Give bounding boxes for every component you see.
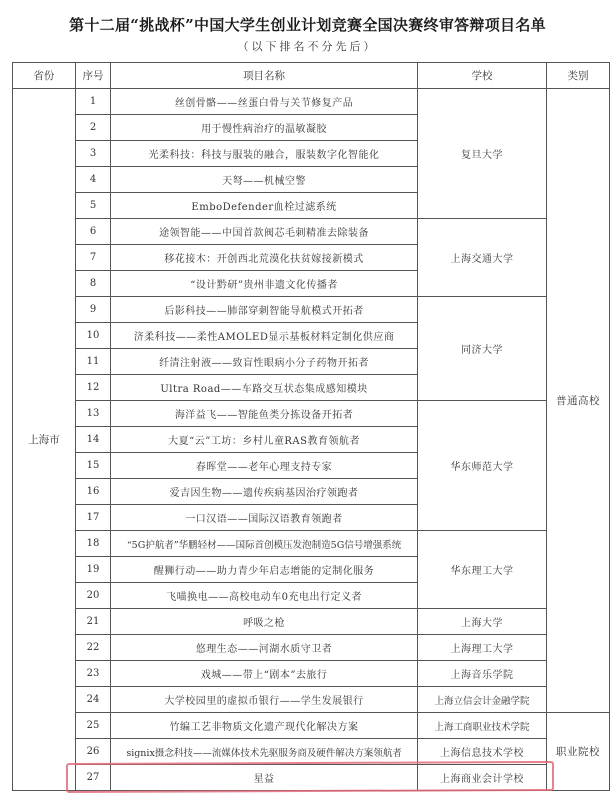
table-row: 6 途领智能——中国首款阀芯毛刺精准去除装备 上海交通大学 [13,219,610,245]
header-category: 类别 [547,63,610,89]
project-cell: 光柔科技：科技与服装的融合，服装数字化智能化 [111,141,418,167]
seq-cell: 4 [75,167,110,193]
seq-cell: 2 [75,115,110,141]
seq-cell: 6 [75,219,110,245]
seq-cell: 18 [75,531,110,557]
project-cell: 大学校园里的虚拟币银行——学生发展银行 [111,687,418,713]
seq-cell: 9 [75,297,110,323]
school-cell: 华东师范大学 [417,401,546,531]
project-cell: 戏城——带上“剧本”去旅行 [111,661,418,687]
seq-cell: 23 [75,661,110,687]
project-cell: 呼吸之枪 [111,609,418,635]
document-title: 第十二届“挑战杯”中国大学生创业计划竞赛全国决赛终审答辩项目名单 [0,14,615,35]
category-cell: 职业院校 [547,713,610,791]
seq-cell: 10 [75,323,110,349]
school-cell: 上海商业会计学校 [417,765,546,791]
table-row: 13 海洋益飞——智能鱼类分拣设备开拓者 华东师范大学 [13,401,610,427]
table-row: 上海市 1 丝创骨骼——丝蛋白骨与关节修复产品 复旦大学 普通高校 [13,89,610,115]
seq-cell: 15 [75,453,110,479]
project-cell: signix摄念科技——流媒体技术先驱服务商及硬件解决方案领航者 [111,739,418,765]
table-row: 9 后影科技——肺部穿刺智能导航模式开拓者 同济大学 [13,297,610,323]
seq-cell: 22 [75,635,110,661]
seq-cell: 19 [75,557,110,583]
table-row: 23 戏城——带上“剧本”去旅行 上海音乐学院 [13,661,610,687]
project-cell: 天弩——机械空警 [111,167,418,193]
school-cell: 上海大学 [417,609,546,635]
seq-cell: 27 [75,765,110,791]
table-row: 21 呼吸之枪 上海大学 [13,609,610,635]
seq-cell: 24 [75,687,110,713]
school-cell: 华东理工大学 [417,531,546,609]
seq-cell: 21 [75,609,110,635]
document-subtitle: （以下排名不分先后） [0,38,615,54]
project-cell: 悠理生态——河湖水质守卫者 [111,635,418,661]
table-row: 22 悠理生态——河湖水质守卫者 上海理工大学 [13,635,610,661]
seq-cell: 20 [75,583,110,609]
project-cell: 纤清注射液——致盲性眼病小分子药物开拓者 [111,349,418,375]
school-cell: 上海立信会计金融学院 [417,687,546,713]
seq-cell: 5 [75,193,110,219]
project-list-table: 省份 序号 项目名称 学校 类别 上海市 1 丝创骨骼——丝蛋白骨与关节修复产品… [12,62,610,791]
project-cell: “5G护航者”华鹏轻材——国际首创模压发泡制造5G信号增强系统 [111,531,418,557]
project-cell: 用于慢性病治疗的温敏凝胶 [111,115,418,141]
seq-cell: 7 [75,245,110,271]
seq-cell: 8 [75,271,110,297]
header-province: 省份 [13,63,76,89]
table-header-row: 省份 序号 项目名称 学校 类别 [13,63,610,89]
project-cell: 丝创骨骼——丝蛋白骨与关节修复产品 [111,89,418,115]
school-cell: 上海交通大学 [417,219,546,297]
project-cell: 济柔科技——柔性AMOLED显示基板材料定制化供应商 [111,323,418,349]
school-cell: 复旦大学 [417,89,546,219]
project-cell: 途领智能——中国首款阀芯毛刺精准去除装备 [111,219,418,245]
seq-cell: 16 [75,479,110,505]
seq-cell: 3 [75,141,110,167]
project-cell: Ultra Road——车路交互状态集成感知模块 [111,375,418,401]
project-cell: 一口汉语——国际汉语教育领跑者 [111,505,418,531]
header-project: 项目名称 [111,63,418,89]
table-row-highlighted: 27 星益 上海商业会计学校 [13,765,610,791]
category-cell: 普通高校 [547,89,610,713]
project-cell: 星益 [111,765,418,791]
school-cell: 上海音乐学院 [417,661,546,687]
project-cell: 大夏“云”工坊：乡村儿童RAS教育领航者 [111,427,418,453]
school-cell: 同济大学 [417,297,546,401]
seq-cell: 12 [75,375,110,401]
seq-cell: 11 [75,349,110,375]
seq-cell: 25 [75,713,110,739]
project-cell: “设计黔研”贵州非遗文化传播者 [111,271,418,297]
seq-cell: 13 [75,401,110,427]
project-cell: 飞喵换电——高校电动车0充电出行定义者 [111,583,418,609]
table-row: 25 竹编工艺非物质文化遗产现代化解决方案 上海工商职业技术学院 职业院校 [13,713,610,739]
project-cell: 竹编工艺非物质文化遗产现代化解决方案 [111,713,418,739]
project-cell: 后影科技——肺部穿刺智能导航模式开拓者 [111,297,418,323]
school-cell: 上海理工大学 [417,635,546,661]
table-row: 26 signix摄念科技——流媒体技术先驱服务商及硬件解决方案领航者 上海信息… [13,739,610,765]
project-cell: 爱吉因生物——遗传疾病基因治疗领跑者 [111,479,418,505]
project-cell: 春晖堂——老年心理支持专家 [111,453,418,479]
project-cell: EmboDefender血栓过滤系统 [111,193,418,219]
seq-cell: 14 [75,427,110,453]
seq-cell: 26 [75,739,110,765]
table-row: 24 大学校园里的虚拟币银行——学生发展银行 上海立信会计金融学院 [13,687,610,713]
seq-cell: 1 [75,89,110,115]
school-cell: 上海信息技术学校 [417,739,546,765]
school-cell: 上海工商职业技术学院 [417,713,546,739]
table-row: 18 “5G护航者”华鹏轻材——国际首创模压发泡制造5G信号增强系统 华东理工大… [13,531,610,557]
province-cell: 上海市 [13,89,76,791]
project-cell: 醒狮行动——助力青少年启志增能的定制化服务 [111,557,418,583]
header-school: 学校 [417,63,546,89]
header-seq: 序号 [75,63,110,89]
project-cell: 海洋益飞——智能鱼类分拣设备开拓者 [111,401,418,427]
seq-cell: 17 [75,505,110,531]
project-cell: 移花接木：开创西北荒漠化扶贫嫁接新模式 [111,245,418,271]
